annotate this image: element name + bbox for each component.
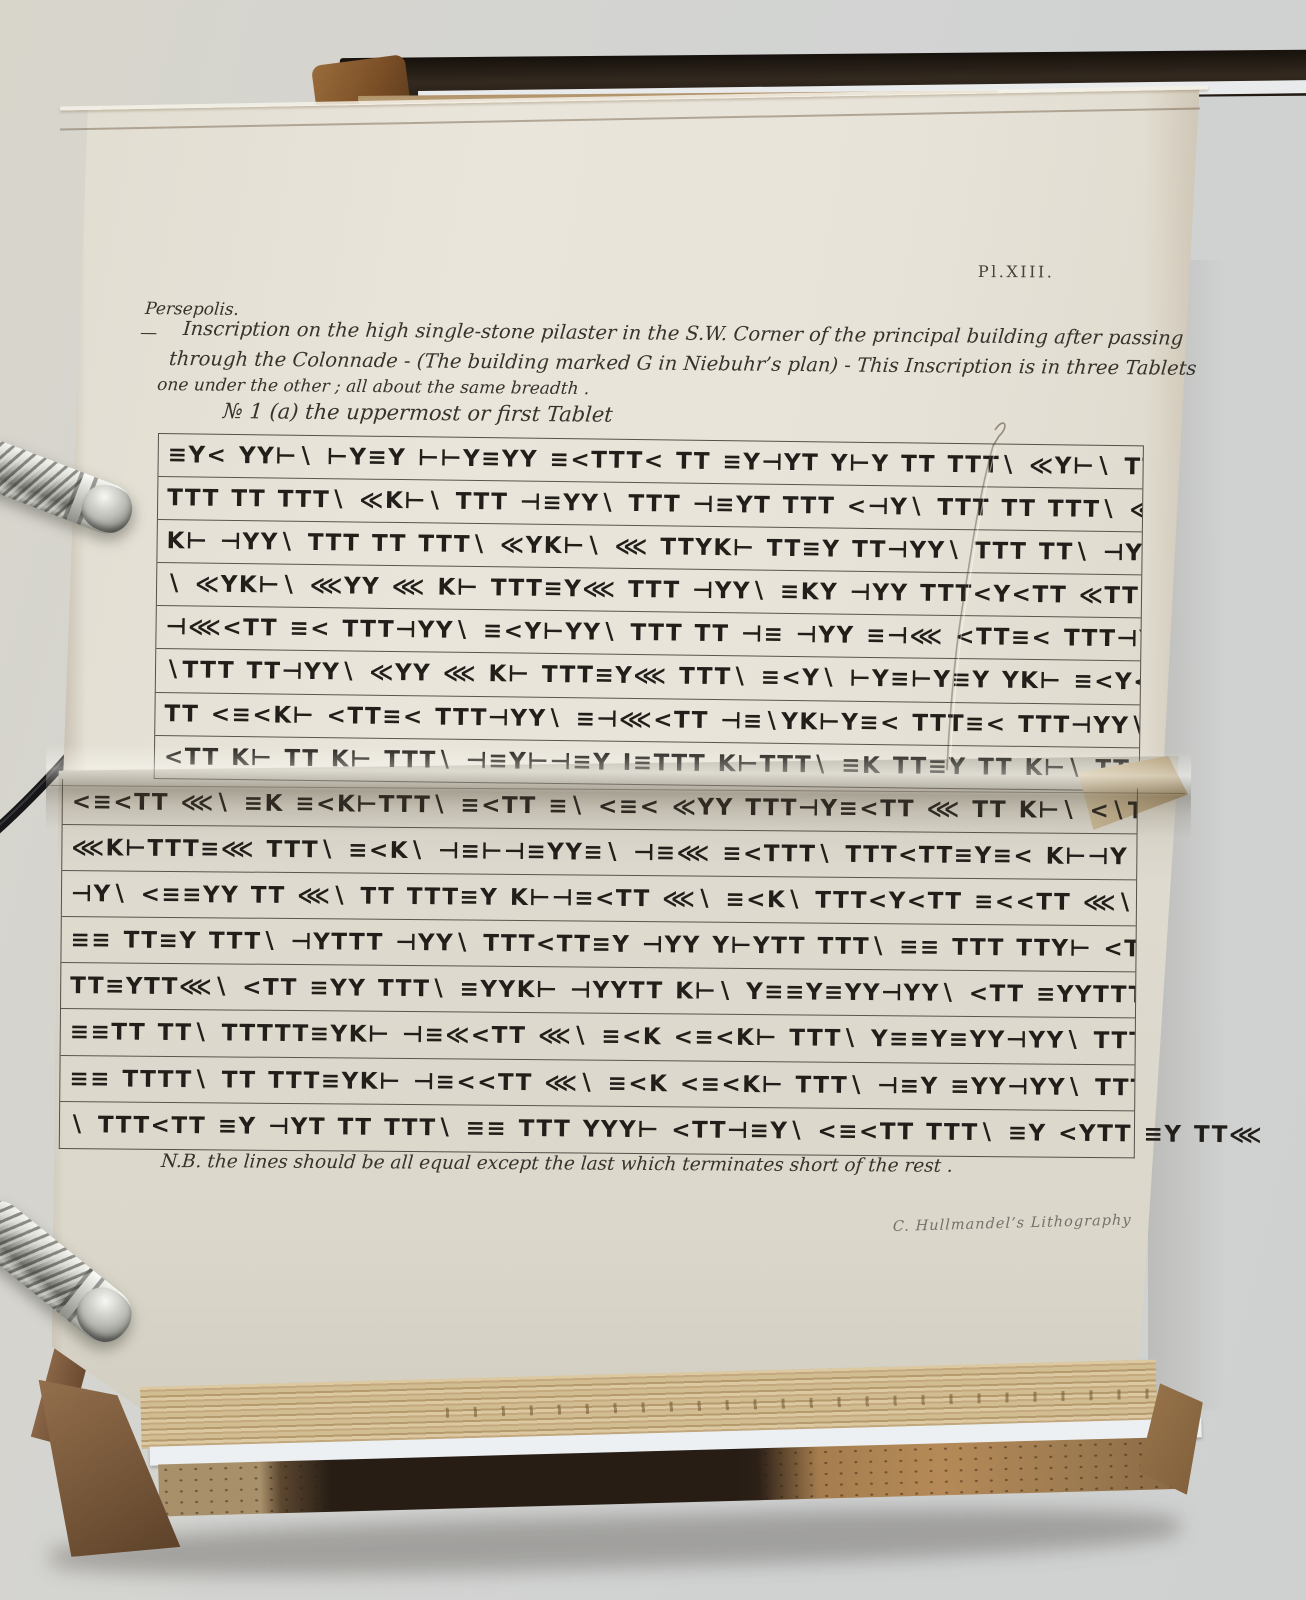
book-photo: { "plate": { "label": "Pl.XIII.", "headi… xyxy=(0,0,1306,1600)
paper-crease xyxy=(915,416,1045,796)
plate-label: Pl.XIII. xyxy=(978,262,1055,281)
inscription-row-last-short: ∖ TTT<TT ≡Y ⊣YT TT TTT∖ ≡≡ TTT YYY⊢ <TT⊣… xyxy=(60,1102,1134,1157)
tablet-caption: № 1 (a) the uppermost or first Tablet xyxy=(222,399,614,427)
book-bottom-edge xyxy=(28,1357,1193,1588)
heading-dash: — xyxy=(139,323,158,343)
heading-line-3: one under the other ; all about the same… xyxy=(156,375,590,399)
